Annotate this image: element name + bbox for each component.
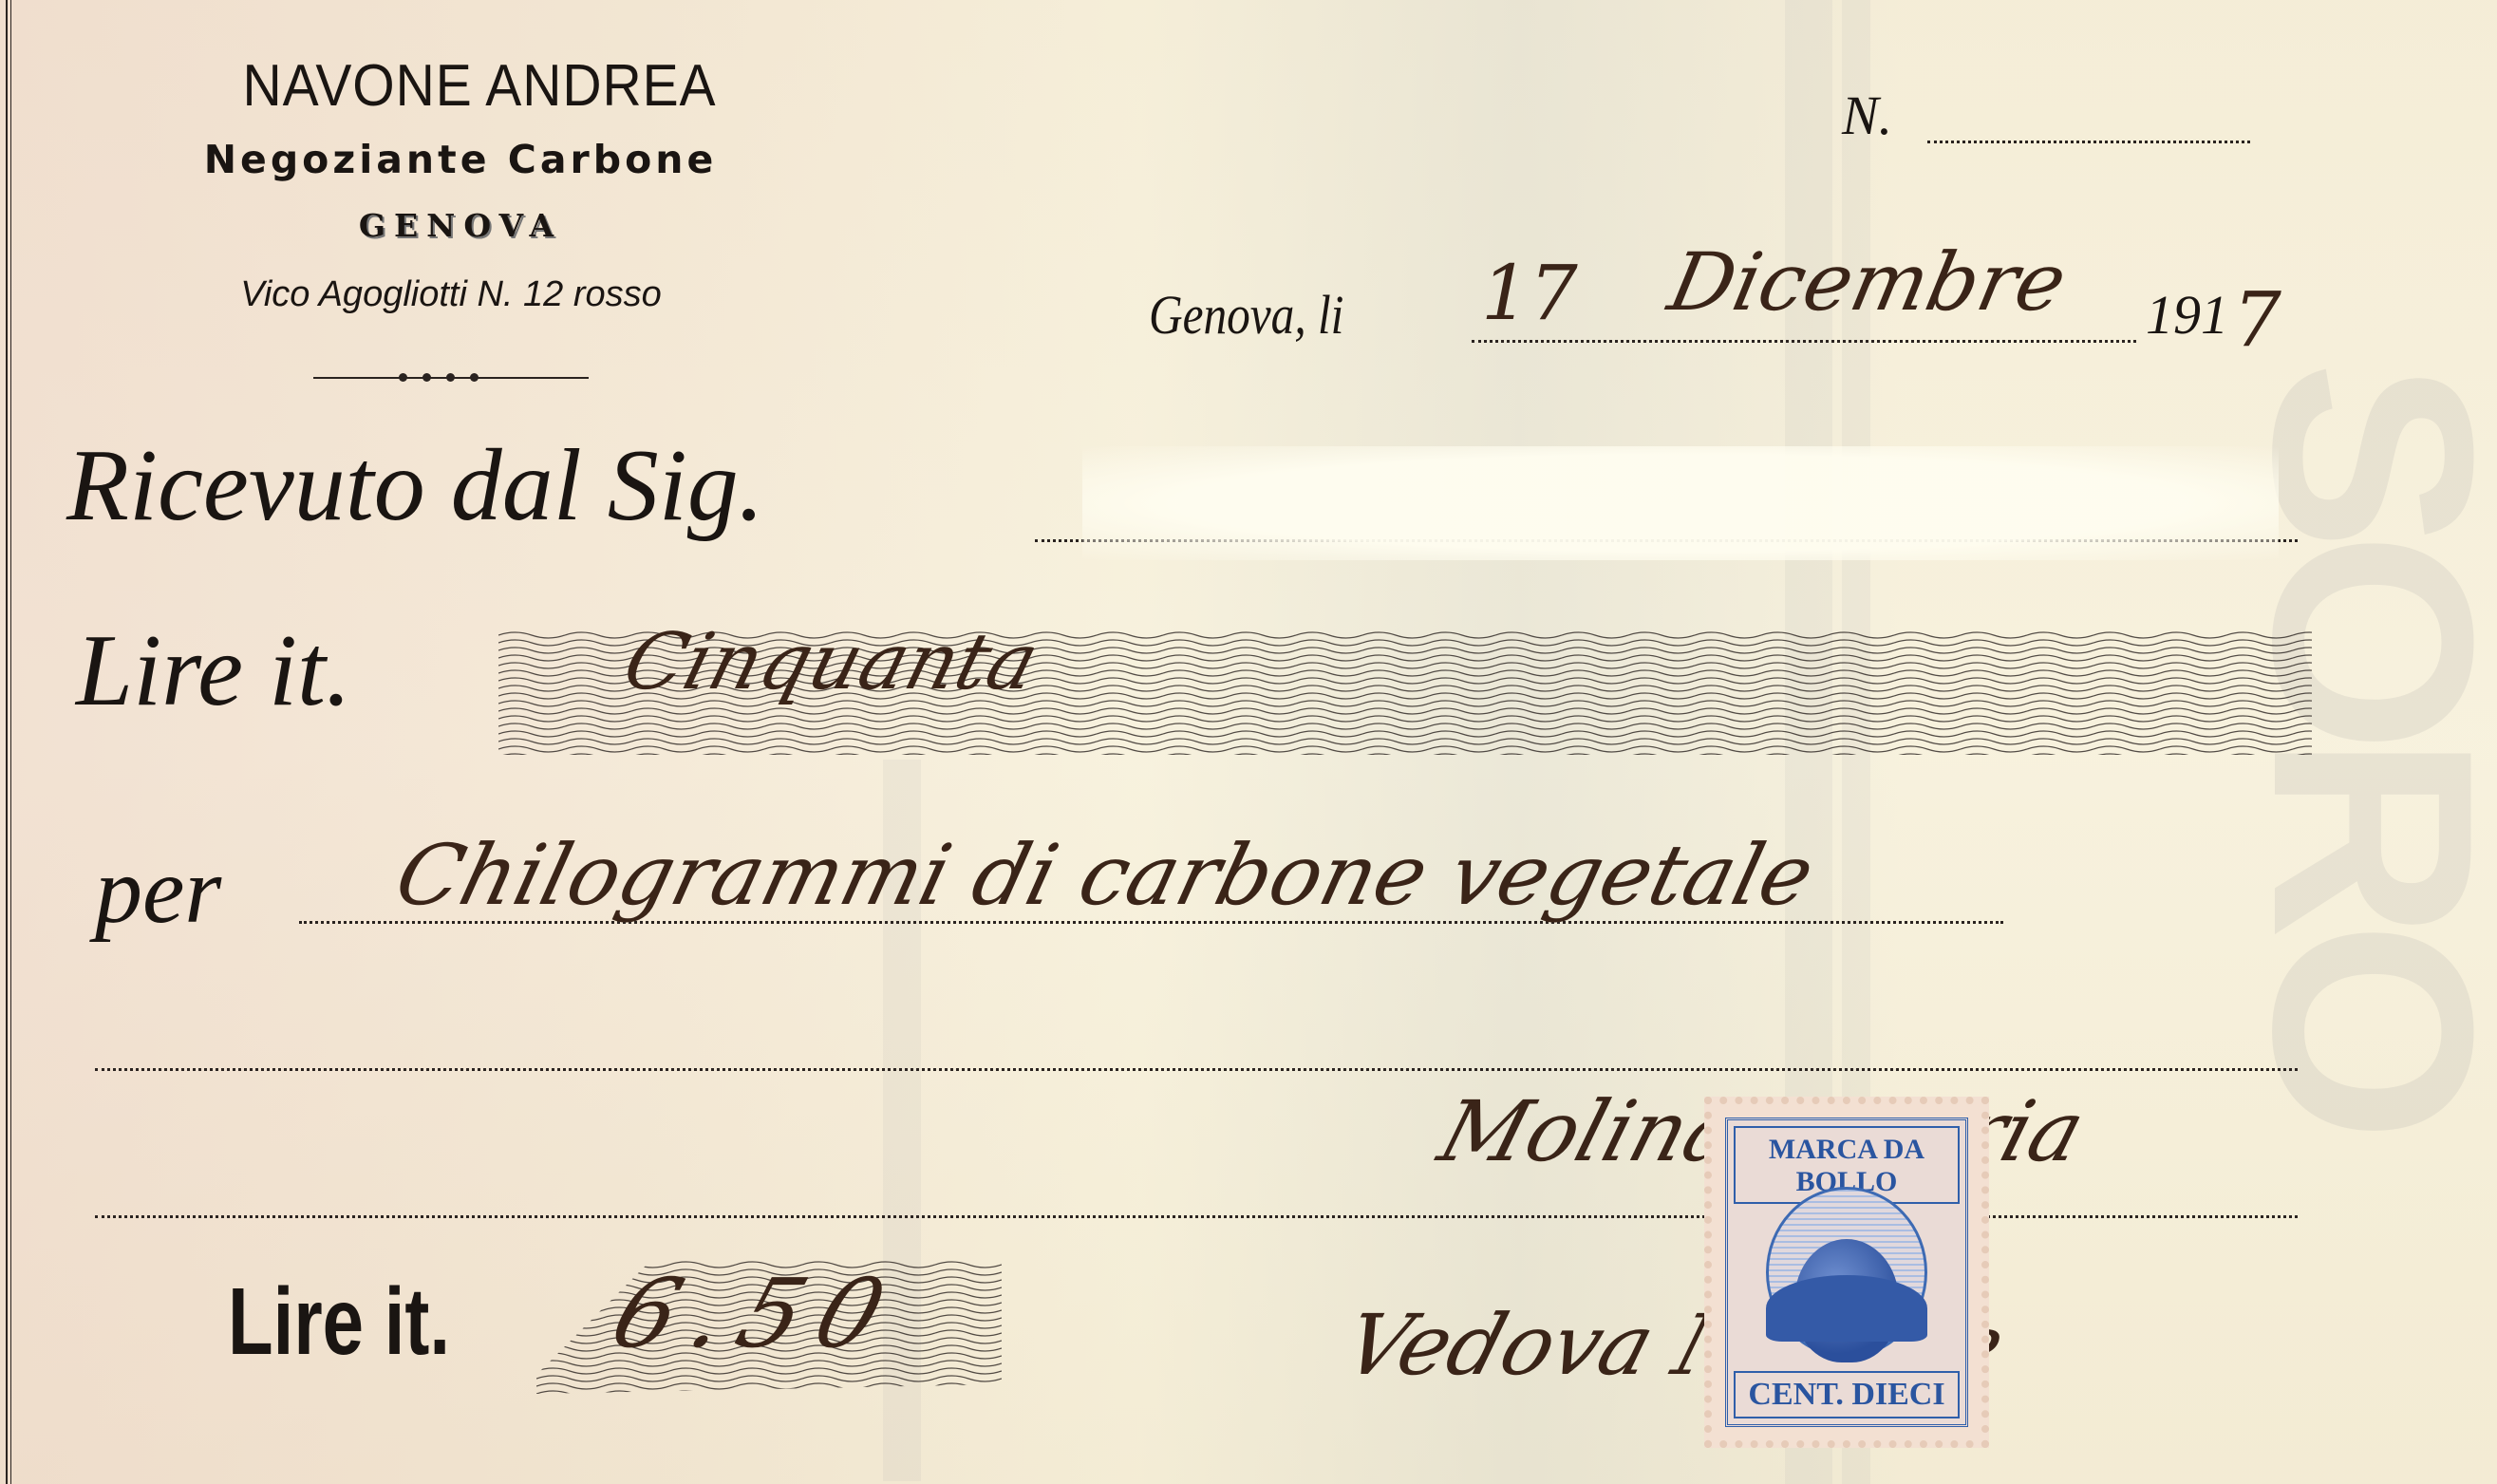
date-month: Dicembre [1662, 235, 2075, 329]
total-value: 6.50 [599, 1258, 915, 1369]
date-year-printed: 191 [2146, 283, 2228, 347]
date-field-line [1472, 340, 2136, 343]
blank-line [95, 1068, 2298, 1071]
revenue-stamp-frame: MARCA DA BOLLO CENT. DIECI [1725, 1118, 1968, 1427]
revenue-stamp: MARCA DA BOLLO CENT. DIECI [1704, 1097, 1989, 1448]
date-year-handwritten: 7 [2233, 275, 2281, 364]
portrait-bust [1766, 1275, 1927, 1342]
firm-city: GENOVA [66, 207, 854, 244]
left-border-rule [6, 0, 11, 1484]
receipt-number-label: N. [1842, 84, 1892, 147]
letterhead: NAVONE ANDREA Negoziante Carbone GENOVA … [66, 52, 854, 315]
date-prefix: Genova, li [1149, 283, 1343, 347]
revenue-stamp-value: CENT. DIECI [1734, 1371, 1960, 1418]
total-label: Lire it. [228, 1268, 450, 1377]
date-day: 17 [1481, 249, 1578, 337]
amount-words-label: Lire it. [76, 612, 351, 730]
receipt-number-field [1927, 141, 2250, 143]
received-from-label: Ricevuto dal Sig. [66, 427, 764, 545]
firm-trade: Negoziante Carbone [66, 137, 854, 182]
ornament-divider-icon [313, 374, 589, 382]
firm-name: NAVONE ANDREA [135, 52, 825, 120]
amount-words-value: Cinquanta [614, 617, 1047, 707]
king-portrait-icon [1766, 1187, 1927, 1358]
firm-address: Vico Agogliotti N. 12 rosso [47, 274, 854, 315]
purpose-value: Chilogrammi di carbone vegetale [386, 826, 1823, 924]
payer-name-redacted [1082, 446, 2279, 560]
purpose-label: per [95, 836, 221, 945]
